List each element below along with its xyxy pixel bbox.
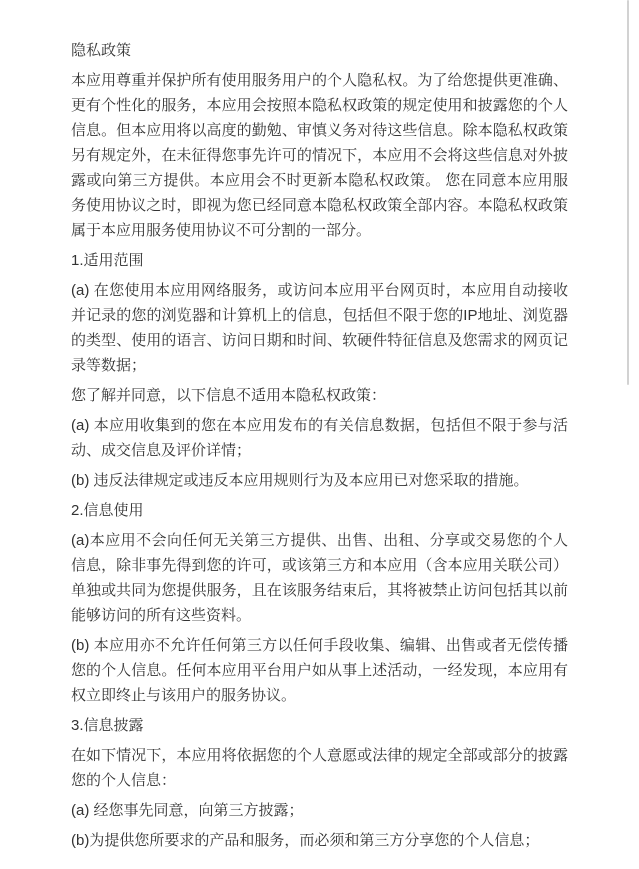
policy-paragraph: (a) 本应用收集到的您在本应用发布的有关信息数据，包括但不限于参与活动、成交信… <box>71 413 568 463</box>
privacy-policy-document: 隐私政策 本应用尊重并保护所有使用服务用户的个人隐私权。为了给您提供更准确、更有… <box>71 0 568 858</box>
policy-paragraph: 您了解并同意，以下信息不适用本隐私权政策： <box>71 383 568 408</box>
policy-paragraph: (a) 在您使用本应用网络服务，或访问本应用平台网页时，本应用自动接收并记录的您… <box>71 278 568 378</box>
policy-paragraph: (b)为提供您所要求的产品和服务，而必须和第三方分享您的个人信息； <box>71 828 568 853</box>
scrollbar-thumb[interactable] <box>627 0 629 385</box>
policy-paragraph: (b) 违反法律规定或违反本应用规则行为及本应用已对您采取的措施。 <box>71 468 568 493</box>
section-heading-information-use: 2.信息使用 <box>71 498 568 523</box>
page-title: 隐私政策 <box>71 38 568 63</box>
policy-paragraph: 在如下情况下，本应用将依据您的个人意愿或法律的规定全部或部分的披露您的个人信息： <box>71 743 568 793</box>
section-heading-information-disclosure: 3.信息披露 <box>71 713 568 738</box>
policy-paragraph: (b) 本应用亦不允许任何第三方以任何手段收集、编辑、出售或者无偿传播您的个人信… <box>71 633 568 708</box>
policy-paragraph: (a)本应用不会向任何无关第三方提供、出售、出租、分享或交易您的个人信息，除非事… <box>71 528 568 628</box>
section-heading-scope: 1.适用范围 <box>71 248 568 273</box>
policy-intro-paragraph: 本应用尊重并保护所有使用服务用户的个人隐私权。为了给您提供更准确、更有个性化的服… <box>71 68 568 243</box>
policy-paragraph: (a) 经您事先同意，向第三方披露； <box>71 798 568 823</box>
